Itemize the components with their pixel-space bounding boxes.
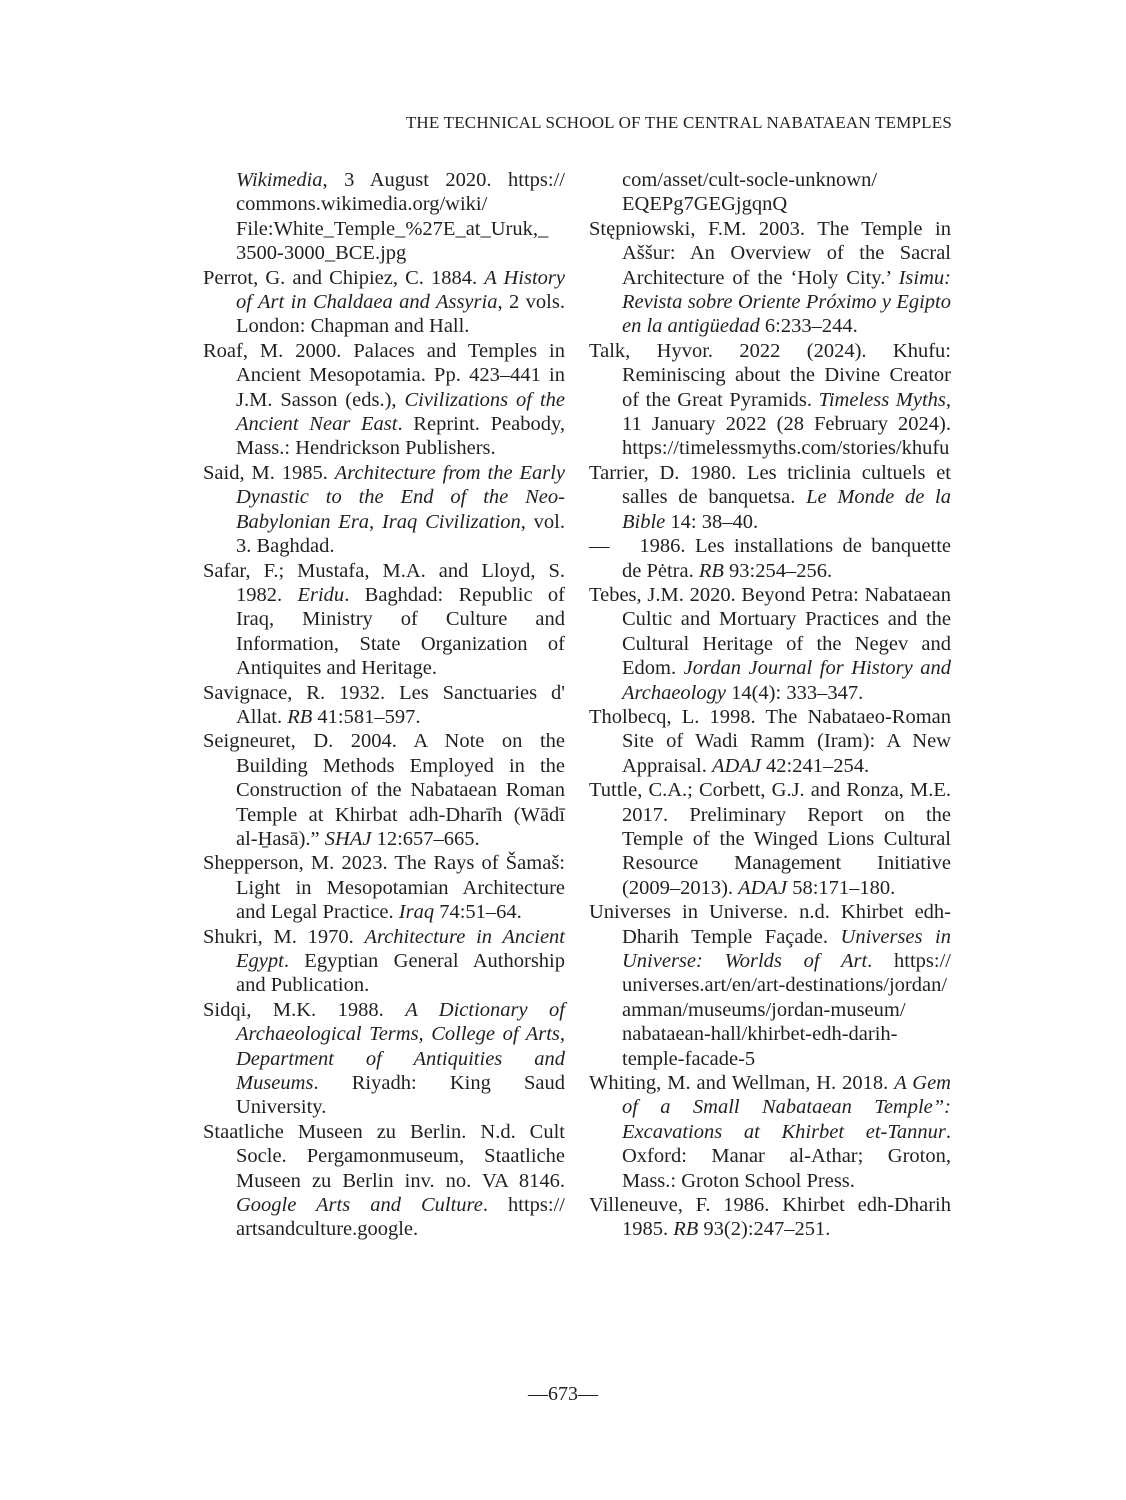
running-head: THE TECHNICAL SCHOOL OF THE CENTRAL NABA…	[406, 113, 952, 133]
reference-text: 58:171–180.	[787, 877, 895, 899]
reference-text: com/​asset/​cult-socle-unknown/​EQEPg7GE…	[622, 169, 877, 215]
reference-title-italic: RB	[673, 1218, 698, 1240]
reference-entry: Said, M. 1985. Architecture from the Ear…	[203, 461, 565, 559]
reference-entry: Staatliche Museen zu Berlin. N.d. Cult S…	[203, 1120, 565, 1242]
reference-text: 93:254–256.	[724, 560, 832, 582]
reference-title-italic: Eridu	[297, 584, 344, 606]
reference-entry: Savignace, R. 1932. Les Sanctuaries d' A…	[203, 681, 565, 730]
reference-title-italic: Timeless Myths	[819, 389, 946, 411]
reference-entry: Tholbecq, L. 1998. The Nabataeo-Roman Si…	[589, 705, 951, 778]
reference-entry: Tebes, J.M. 2020. Beyond Petra: Nabataea…	[589, 583, 951, 705]
reference-entry: Roaf, M. 2000. Palaces and Temples in An…	[203, 339, 565, 461]
reference-entry: Tarrier, D. 1980. Les triclinia cultuels…	[589, 461, 951, 534]
reference-entry: Shukri, M. 1970. Architecture in Ancient…	[203, 925, 565, 998]
reference-entry: Perrot, G. and Chipiez, C. 1884. A Histo…	[203, 266, 565, 339]
reference-entry: Universes in Universe. n.d. Khirbet edh-…	[589, 900, 951, 1071]
reference-continuation: com/​asset/​cult-socle-unknown/​EQEPg7GE…	[589, 168, 951, 217]
reference-entry: Safar, F.; Mustafa, M.A. and Lloyd, S. 1…	[203, 559, 565, 681]
reference-text: 14: 38–40.	[665, 511, 758, 533]
reference-text: 14(4): 333–347.	[726, 682, 863, 704]
reference-title-italic: Wikimedia	[236, 169, 323, 191]
reference-text: Staatliche Museen zu Berlin. N.d. Cult S…	[203, 1121, 565, 1192]
reference-entry: Talk, Hyvor. 2022 (2024). Khufu: Reminis…	[589, 339, 951, 461]
reference-text: 12:657–665.	[371, 828, 479, 850]
reference-title-italic: SHAJ	[325, 828, 372, 850]
reference-title-italic: RB	[699, 560, 724, 582]
reference-continuation: Wikimedia, 3 August 2020. https:/​/​comm…	[203, 168, 565, 266]
reference-entry: — 1986. Les installations de banquette d…	[589, 534, 951, 583]
reference-text: Perrot, G. and Chipiez, C. 1884.	[203, 267, 484, 289]
reference-title-italic: Iraq	[399, 901, 434, 923]
reference-text: . Egyptian General Authorship and Public…	[236, 950, 565, 996]
reference-text: 42:241–254.	[761, 755, 869, 777]
reference-entry: Stępniowski, F.M. 2003. The Temple in Aš…	[589, 217, 951, 339]
page-number: —673—	[0, 1383, 1126, 1406]
reference-title-italic: Google Arts and Culture	[236, 1194, 483, 1216]
reference-entry: Whiting, M. and Wellman, H. 2018. A Gem …	[589, 1071, 951, 1193]
reference-entry: Sidqi, M.K. 1988. A Dictionary of Archae…	[203, 998, 565, 1120]
reference-title-italic: ADAJ	[738, 877, 787, 899]
reference-entry: Seigneuret, D. 2004. A Note on the Build…	[203, 729, 565, 851]
reference-text: Whiting, M. and Wellman, H. 2018.	[589, 1072, 894, 1094]
reference-text: 41:581–597.	[312, 706, 420, 728]
reference-text: Sidqi, M.K. 1988.	[203, 999, 405, 1021]
reference-title-italic: ADAJ	[712, 755, 761, 777]
reference-text: 93(2):247–251.	[698, 1218, 830, 1240]
reference-text: Said, M. 1985.	[203, 462, 335, 484]
references-right-column: com/​asset/​cult-socle-unknown/​EQEPg7GE…	[589, 168, 951, 1242]
reference-entry: Tuttle, C.A.; Corbett, G.J. and Ronza, M…	[589, 778, 951, 900]
reference-text: 74:51–64.	[434, 901, 522, 923]
reference-text: Stępniowski, F.M. 2003. The Temple in Aš…	[589, 218, 951, 289]
reference-text: 6:233–244.	[760, 315, 858, 337]
reference-title-italic: RB	[287, 706, 312, 728]
reference-text: Shukri, M. 1970.	[203, 926, 364, 948]
references-left-column: Wikimedia, 3 August 2020. https:/​/​comm…	[203, 168, 565, 1242]
reference-entry: Shepperson, M. 2023. The Rays of Šamaš: …	[203, 851, 565, 924]
reference-entry: Villeneuve, F. 1986. Khirbet edh-Dharih …	[589, 1193, 951, 1242]
